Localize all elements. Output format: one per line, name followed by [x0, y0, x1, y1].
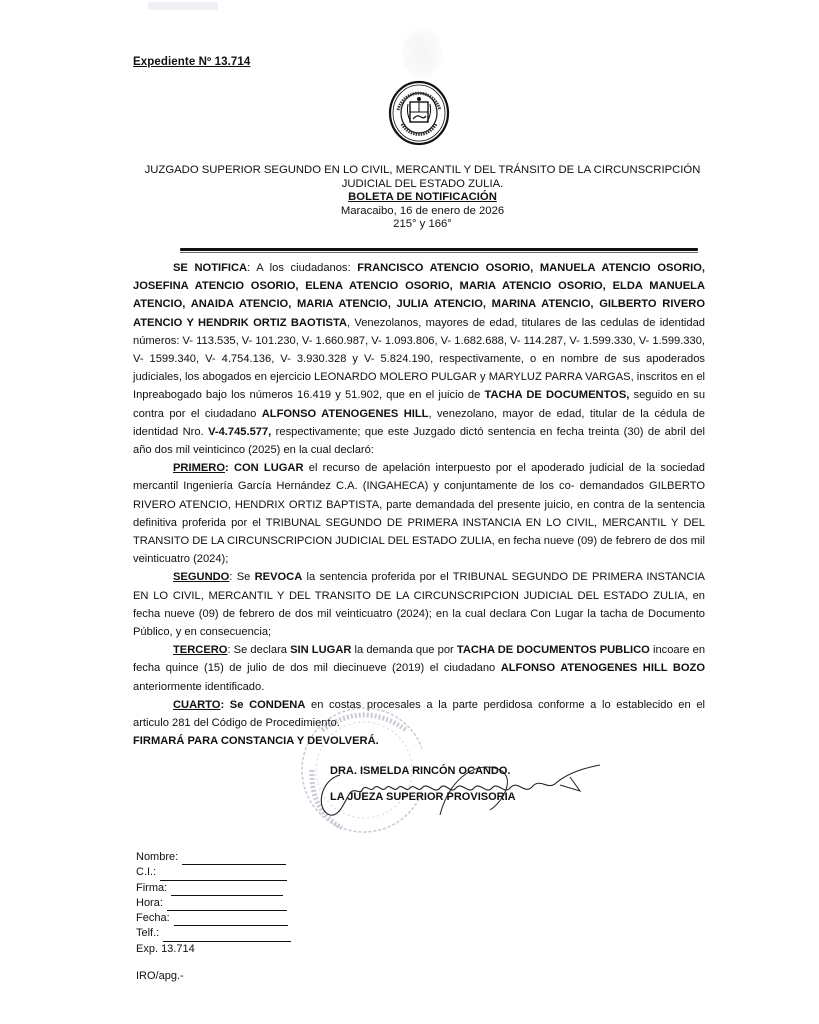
form-row-hora: Hora:: [136, 896, 291, 911]
form-row-fecha: Fecha:: [136, 911, 291, 926]
fecha-field[interactable]: [174, 914, 288, 926]
case-number: Expediente Nº 13.714: [133, 56, 250, 68]
nombre-field[interactable]: [182, 853, 286, 865]
court-name-line2: JUDICIAL DEL ESTADO ZULIA.: [130, 178, 715, 192]
plaintiff-name: ALFONSO ATENOGENES HILL: [262, 408, 429, 420]
form-exp-number: Exp. 13.714: [136, 942, 291, 957]
document-title: BOLETA DE NOTIFICACIÓN: [130, 191, 715, 205]
signatory-name: DRA. ISMELDA RINCÓN OCANDO.: [330, 761, 516, 781]
bleed-through-seal: [402, 28, 442, 78]
notification-paragraph: SE NOTIFICA: A los ciudadanos: FRANCISCO…: [133, 259, 705, 459]
years-line: 215° y 166°: [130, 218, 715, 232]
hora-field[interactable]: [167, 899, 287, 911]
document-header: JUZGADO SUPERIOR SEGUNDO EN LO CIVIL, ME…: [130, 164, 715, 232]
form-row-nombre: Nombre:: [136, 850, 291, 865]
document-body: SE NOTIFICA: A los ciudadanos: FRANCISCO…: [133, 259, 705, 750]
ruling-tercero: TERCERO: Se declara SIN LUGAR la demanda…: [133, 641, 705, 696]
receipt-form: Nombre: C.I.: Firma: Hora: Fecha: Telf.:…: [136, 850, 291, 957]
typist-initials: IRO/apg.-: [136, 970, 184, 982]
court-seal-icon: [388, 80, 450, 146]
ci-field[interactable]: [160, 869, 287, 881]
case-type: TACHA DE DOCUMENTOS,: [484, 389, 629, 401]
place-date: Maracaibo, 16 de enero de 2026: [130, 205, 715, 219]
bleed-through-text: [148, 2, 218, 10]
document-page: Expediente Nº 13.714 JUZGADO SUPERIOR SE…: [0, 0, 819, 1024]
firma-field[interactable]: [171, 884, 283, 896]
court-name-line1: JUZGADO SUPERIOR SEGUNDO EN LO CIVIL, ME…: [130, 164, 715, 178]
form-row-firma: Firma:: [136, 881, 291, 896]
ruling-primero: PRIMERO: CON LUGAR el recurso de apelaci…: [133, 459, 705, 568]
header-divider-thin: [180, 252, 698, 253]
form-row-ci: C.I.:: [136, 865, 291, 880]
signatory-block: DRA. ISMELDA RINCÓN OCANDO. LA JUEZA SUP…: [330, 761, 516, 807]
header-divider: [180, 248, 698, 251]
plaintiff-id: V-4.745.577,: [208, 426, 271, 438]
ruling-segundo: SEGUNDO: Se REVOCA la sentencia proferid…: [133, 568, 705, 641]
form-row-telf: Telf.:: [136, 926, 291, 941]
telf-field[interactable]: [163, 930, 291, 942]
notifica-lead: SE NOTIFICA: [173, 262, 247, 274]
signatory-title: LA JUEZA SUPERIOR PROVISORIA: [330, 787, 516, 807]
